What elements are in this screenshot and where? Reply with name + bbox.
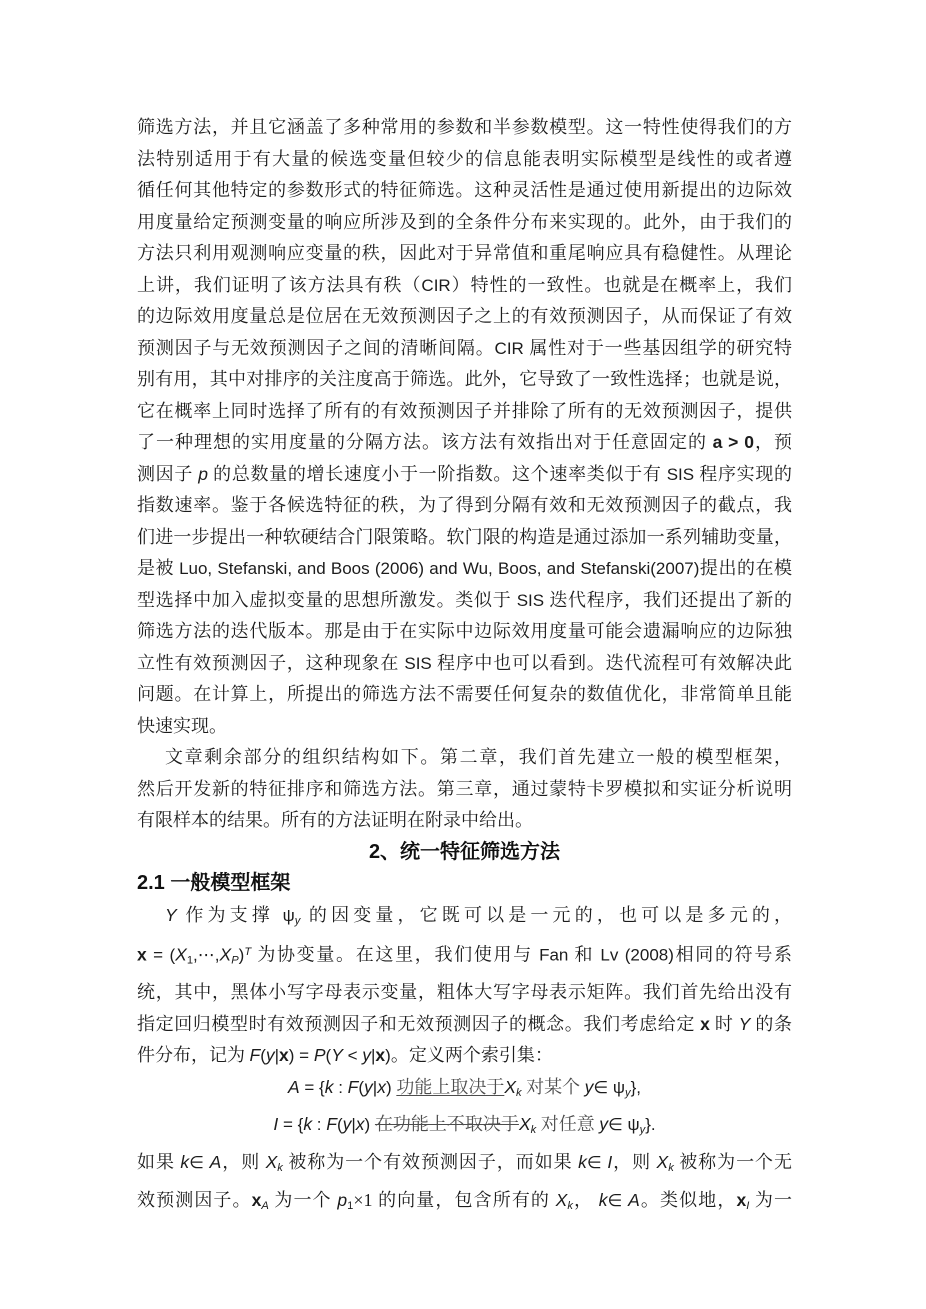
text-segment: 被称为一个无 [674, 1152, 792, 1172]
text-segment: 程序实现的 [694, 464, 792, 484]
text-segment: X [220, 945, 232, 965]
text-segment: ) [386, 1078, 396, 1097]
text-segment: X [504, 1077, 516, 1097]
text-segment: x [137, 945, 147, 965]
text-segment: 了一种理想的实用度量的分隔方法。该方法有效指出对于任意固定的 [137, 432, 713, 452]
text-segment: y [266, 1045, 275, 1065]
text-segment: ψ [283, 906, 295, 925]
text-segment: 程序中也可以看到。迭代流程可有效解决此 [432, 653, 792, 673]
text-line: 用度量给定预测变量的响应所涉及到的全条件分布来实现的。此外，由于我们的 [137, 207, 792, 239]
text-segment: x [700, 1014, 710, 1034]
text-segment: 是被 [137, 558, 179, 578]
text-line: 是被 Luo, Stefanski, and Boos (2006) and W… [137, 553, 792, 585]
text-line: I = {k : F(y|x) 在功能上不取决于Xk 对任意 y∈ ψy}. [137, 1109, 792, 1147]
paragraph-model-framework: Y 作为支撑 ψy 的因变量，它既可以是一元的，也可以是多元的，x = (X1,… [137, 900, 792, 1072]
text-segment: 为一个 [269, 1190, 338, 1210]
paragraph-predictor-definitions: 如果 k∈ A，则 Xk 被称为一个有效预测因子，而如果 k∈ I，则 Xk 被… [137, 1147, 792, 1222]
text-segment: 测因子 [137, 464, 198, 484]
text-segment: y [364, 1077, 373, 1097]
text-segment: 上讲，我们证明了该方法具有秩（ [137, 275, 421, 295]
text-segment: Y [165, 905, 177, 925]
text-segment: P [314, 1045, 326, 1065]
text-line: 立性有效预测因子，这种现象在 SIS 程序中也可以看到。迭代流程可有效解决此 [137, 648, 792, 680]
text-line: 效预测因子。xA 为一个 p1×1 的向量，包含所有的 Xk， k∈ A。类似地… [137, 1185, 792, 1223]
text-line: 测因子 p 的总数量的增长速度小于一阶指数。这个速率类似于有 SIS 程序实现的 [137, 459, 792, 491]
text-line: 们进一步提出一种软硬结合门限策略。软门限的构造是通过添加一系列辅助变量， [137, 522, 792, 554]
text-segment: A [261, 1200, 268, 1212]
text-segment: ，预 [754, 432, 792, 452]
text-segment: 快速实现。 [137, 716, 227, 736]
text-segment: 件分布，记为 [137, 1045, 250, 1065]
text-segment: 的总数量的增长速度小于一阶指数。这个速率类似于有 [208, 464, 667, 484]
text-line: 型选择中加入虚拟变量的思想所激发。类似于 SIS 迭代程序，我们还提出了新的 [137, 585, 792, 617]
text-segment: 统，其中，黑体小写字母表示变量，粗体大写字母表示矩阵。我们首先给出没有 [137, 982, 792, 1002]
text-segment: 功能上取决于 [396, 1077, 504, 1097]
text-segment: }, [631, 1078, 641, 1097]
text-segment: X [556, 1190, 568, 1210]
text-line: 方法只利用观测响应变量的秩，因此对于异常值和重尾响应具有稳健性。从理论 [137, 238, 792, 270]
text-segment: 立性有效预测因子，这种现象在 [137, 653, 404, 673]
text-segment: ，则 [221, 1152, 265, 1172]
text-segment: a > 0 [713, 432, 754, 452]
text-segment: 型选择中加入虚拟变量的思想所激发。类似于 [137, 590, 517, 610]
text-segment: 在功能上不取决于 [375, 1114, 519, 1134]
text-segment: = ( [147, 946, 175, 965]
text-segment: 筛选方法，并且它涵盖了多种常用的参数和半参数模型。这一特性使得我们的方 [137, 117, 792, 137]
subsection-heading: 2.1 一般模型框架 [137, 868, 792, 900]
text-segment: F [250, 1045, 261, 1065]
text-segment: x [377, 1077, 386, 1097]
text-segment: Lv (2008) [600, 946, 674, 965]
text-line: 了一种理想的实用度量的分隔方法。该方法有效指出对于任意固定的 a > 0，预 [137, 427, 792, 459]
text-line: 2、统一特征筛选方法 [137, 837, 792, 869]
text-segment: 和 [568, 945, 600, 965]
text-segment: ）特性的一致性。也就是在概率上，我们 [451, 275, 792, 295]
text-segment: x [279, 1045, 289, 1065]
text-segment: CIR [421, 276, 450, 295]
text-segment: 作为支撑 [177, 905, 283, 925]
text-segment: 方法只利用观测响应变量的秩，因此对于异常值和重尾响应具有稳健性。从理论 [137, 243, 792, 263]
text-segment: y [599, 1114, 608, 1134]
text-segment: }. [645, 1115, 655, 1134]
text-segment: ∈ [189, 1153, 210, 1172]
document-page: 筛选方法，并且它涵盖了多种常用的参数和半参数模型。这一特性使得我们的方法特别适用… [0, 0, 926, 1309]
text-segment: 相同的符号系 [674, 945, 792, 965]
text-line: 别有用，其中对排序的关注度高于筛选。此外，它导致了一致性选择；也就是说， [137, 364, 792, 396]
text-line: 筛选方法，并且它涵盖了多种常用的参数和半参数模型。这一特性使得我们的方 [137, 112, 792, 144]
text-segment: X [519, 1114, 531, 1134]
text-segment: y [362, 1045, 371, 1065]
paragraph-screening-properties: 筛选方法，并且它涵盖了多种常用的参数和半参数模型。这一特性使得我们的方法特别适用… [137, 112, 792, 742]
text-segment: Luo, Stefanski, and Boos (2006) and Wu, … [179, 559, 699, 578]
text-segment: ) = [289, 1046, 314, 1065]
text-segment: 被称为一个有效预测因子，而如果 [283, 1152, 578, 1172]
text-segment: 指定回归模型时有效预测因子和无效预测因子的概念。我们考虑给定 [137, 1014, 700, 1034]
text-segment: 的向量，包含所有的 [378, 1190, 556, 1210]
text-segment: A [210, 1152, 222, 1172]
text-segment: k [180, 1152, 189, 1172]
text-segment: x [356, 1114, 365, 1134]
text-line: A = {k : F(y|x) 功能上取决于Xk 对某个 y∈ ψy}, [137, 1072, 792, 1110]
text-segment: k [303, 1114, 312, 1134]
text-segment: ψ [613, 1078, 625, 1097]
text-segment: ∈ [607, 1191, 628, 1210]
text-segment: x [375, 1045, 385, 1065]
text-segment: 用度量给定预测变量的响应所涉及到的全条件分布来实现的。此外，由于我们的 [137, 212, 792, 232]
text-segment: Fan [539, 946, 568, 965]
text-segment: 有限样本的结果。所有的方法证明在附录中给出。 [137, 810, 533, 830]
text-segment: 的条 [750, 1014, 792, 1034]
text-segment: SIS [517, 591, 544, 610]
text-segment: x [736, 1190, 746, 1210]
document-body: 筛选方法，并且它涵盖了多种常用的参数和半参数模型。这一特性使得我们的方法特别适用… [137, 112, 792, 1222]
text-segment: 属性对于一些基因组学的研究特 [529, 338, 792, 358]
text-segment: SIS [404, 654, 431, 673]
text-segment: 文章剩余部分的组织结构如下。第二章，我们首先建立一般的模型框架， [165, 747, 792, 767]
text-line: 有限样本的结果。所有的方法证明在附录中给出。 [137, 805, 792, 837]
text-line: x = (X1,⋯,XP)T 为协变量。在这里，我们使用与 Fan 和 Lv (… [137, 937, 792, 977]
text-segment: 的边际效用度量总是位居在无效预测因子之上的有效预测因子，从而保证了有效 [137, 306, 792, 326]
paragraph-organization: 文章剩余部分的组织结构如下。第二章，我们首先建立一般的模型框架，然后开发新的特征… [137, 742, 792, 837]
text-segment: A [288, 1077, 300, 1097]
text-segment: 别有用，其中对排序的关注度高于筛选。此外，它导致了一致性选择；也就是说， [137, 369, 792, 389]
text-segment: ∈ [593, 1078, 613, 1097]
text-segment: 对某个 [522, 1077, 585, 1097]
text-segment: A [628, 1190, 640, 1210]
text-segment: ， [573, 1190, 599, 1210]
text-line: 指定回归模型时有效预测因子和无效预测因子的概念。我们考虑给定 x 时 Y 的条 [137, 1009, 792, 1041]
text-segment: SIS [667, 465, 694, 484]
text-segment: p [198, 464, 208, 484]
text-segment: ) [365, 1115, 375, 1134]
text-segment: 然后开发新的特征排序和筛选方法。第三章，通过蒙特卡罗模拟和实证分析说明 [137, 779, 792, 799]
text-segment: 2、统一特征筛选方法 [369, 841, 560, 863]
text-segment: ×1 [353, 1190, 378, 1210]
text-segment: ，则 [612, 1152, 656, 1172]
text-segment: 时 [710, 1014, 739, 1034]
text-segment: 们进一步提出一种软硬结合门限策略。软门限的构造是通过添加一系列辅助变量， [137, 527, 792, 547]
text-line: 循任何其他特定的参数形式的特征筛选。这种灵活性是通过使用新提出的边际效 [137, 175, 792, 207]
text-line: 快速实现。 [137, 711, 792, 743]
text-segment: 如果 [137, 1152, 180, 1172]
text-segment: F [348, 1077, 359, 1097]
text-segment: < [343, 1046, 362, 1065]
text-segment: CIR [495, 339, 530, 358]
text-segment: 法特别适用于有大量的候选变量但较少的信息能表明实际模型是线性的或者遵 [137, 149, 792, 169]
text-segment: k [578, 1152, 587, 1172]
text-line: 文章剩余部分的组织结构如下。第二章，我们首先建立一般的模型框架， [137, 742, 792, 774]
text-segment: p [337, 1190, 347, 1210]
equation-inactive-set: I = {k : F(y|x) 在功能上不取决于Xk 对任意 y∈ ψy}. [137, 1109, 792, 1147]
text-segment: ψ [628, 1115, 640, 1134]
text-line: Y 作为支撑 ψy 的因变量，它既可以是一元的，也可以是多元的， [137, 900, 792, 938]
text-segment: X [175, 945, 187, 965]
text-line: 2.1 一般模型框架 [137, 868, 792, 900]
text-line: 的边际效用度量总是位居在无效预测因子之上的有效预测因子，从而保证了有效 [137, 301, 792, 333]
text-segment: : [312, 1115, 326, 1134]
text-line: 统，其中，黑体小写字母表示变量，粗体大写字母表示矩阵。我们首先给出没有 [137, 977, 792, 1009]
text-segment: ,⋯, [193, 946, 219, 965]
text-segment: ∈ [587, 1153, 608, 1172]
text-segment: 。定义两个索引集： [391, 1045, 553, 1065]
text-segment: F [326, 1114, 337, 1134]
text-segment: 为协变量。在这里，我们使用与 [251, 945, 539, 965]
text-line: 如果 k∈ A，则 Xk 被称为一个有效预测因子，而如果 k∈ I，则 Xk 被… [137, 1147, 792, 1185]
text-segment: 指数速率。鉴于各候选特征的秩，为了得到分隔有效和无效预测因子的截点，我 [137, 495, 792, 515]
text-segment: Y [739, 1014, 751, 1034]
text-segment: 问题。在计算上，所提出的筛选方法不需要任何复杂的数值优化，非常简单且能 [137, 684, 792, 704]
equation-active-set: A = {k : F(y|x) 功能上取决于Xk 对某个 y∈ ψy}, [137, 1072, 792, 1110]
text-line: 指数速率。鉴于各候选特征的秩，为了得到分隔有效和无效预测因子的截点，我 [137, 490, 792, 522]
text-segment: 迭代程序，我们还提出了新的 [544, 590, 792, 610]
text-segment: Y [331, 1045, 343, 1065]
text-segment: P [231, 955, 238, 967]
text-segment: 对任意 [536, 1114, 599, 1134]
text-segment: 它在概率上同时选择了所有的有效预测因子并排除了所有的无效预测因子，提供 [137, 401, 792, 421]
text-line: 筛选方法的迭代版本。那是由于在实际中边际效用度量可能会遗漏响应的边际独 [137, 616, 792, 648]
text-line: 问题。在计算上，所提出的筛选方法不需要任何复杂的数值优化，非常简单且能 [137, 679, 792, 711]
text-segment: 为一 [749, 1190, 792, 1210]
text-line: 法特别适用于有大量的候选变量但较少的信息能表明实际模型是线性的或者遵 [137, 144, 792, 176]
text-segment: ∈ [608, 1115, 628, 1134]
text-segment: 。类似地， [640, 1190, 737, 1210]
text-line: 预测因子与无效预测因子之间的清晰间隔。CIR 属性对于一些基因组学的研究特 [137, 333, 792, 365]
text-segment: 的因变量，它既可以是一元的，也可以是多元的， [300, 905, 792, 925]
text-segment: = { [300, 1078, 325, 1097]
text-segment: 循任何其他特定的参数形式的特征筛选。这种灵活性是通过使用新提出的边际效 [137, 180, 792, 200]
text-segment: x [252, 1190, 262, 1210]
section-heading: 2、统一特征筛选方法 [137, 837, 792, 869]
text-segment: = { [278, 1115, 303, 1134]
text-segment: 提出的在模 [699, 558, 792, 578]
text-line: 上讲，我们证明了该方法具有秩（CIR）特性的一致性。也就是在概率上，我们 [137, 270, 792, 302]
text-line: 然后开发新的特征排序和筛选方法。第三章，通过蒙特卡罗模拟和实证分析说明 [137, 774, 792, 806]
text-segment: 预测因子与无效预测因子之间的清晰间隔。 [137, 338, 495, 358]
text-segment: 筛选方法的迭代版本。那是由于在实际中边际效用度量可能会遗漏响应的边际独 [137, 621, 792, 641]
text-line: 它在概率上同时选择了所有的有效预测因子并排除了所有的无效预测因子，提供 [137, 396, 792, 428]
text-segment: 2.1 一般模型框架 [137, 872, 290, 894]
text-segment: 效预测因子。 [137, 1190, 252, 1210]
text-segment: : [333, 1078, 347, 1097]
text-segment: X [657, 1152, 669, 1172]
text-segment: X [266, 1152, 278, 1172]
text-line: 件分布，记为 F(y|x) = P(Y < y|x)。定义两个索引集： [137, 1040, 792, 1072]
